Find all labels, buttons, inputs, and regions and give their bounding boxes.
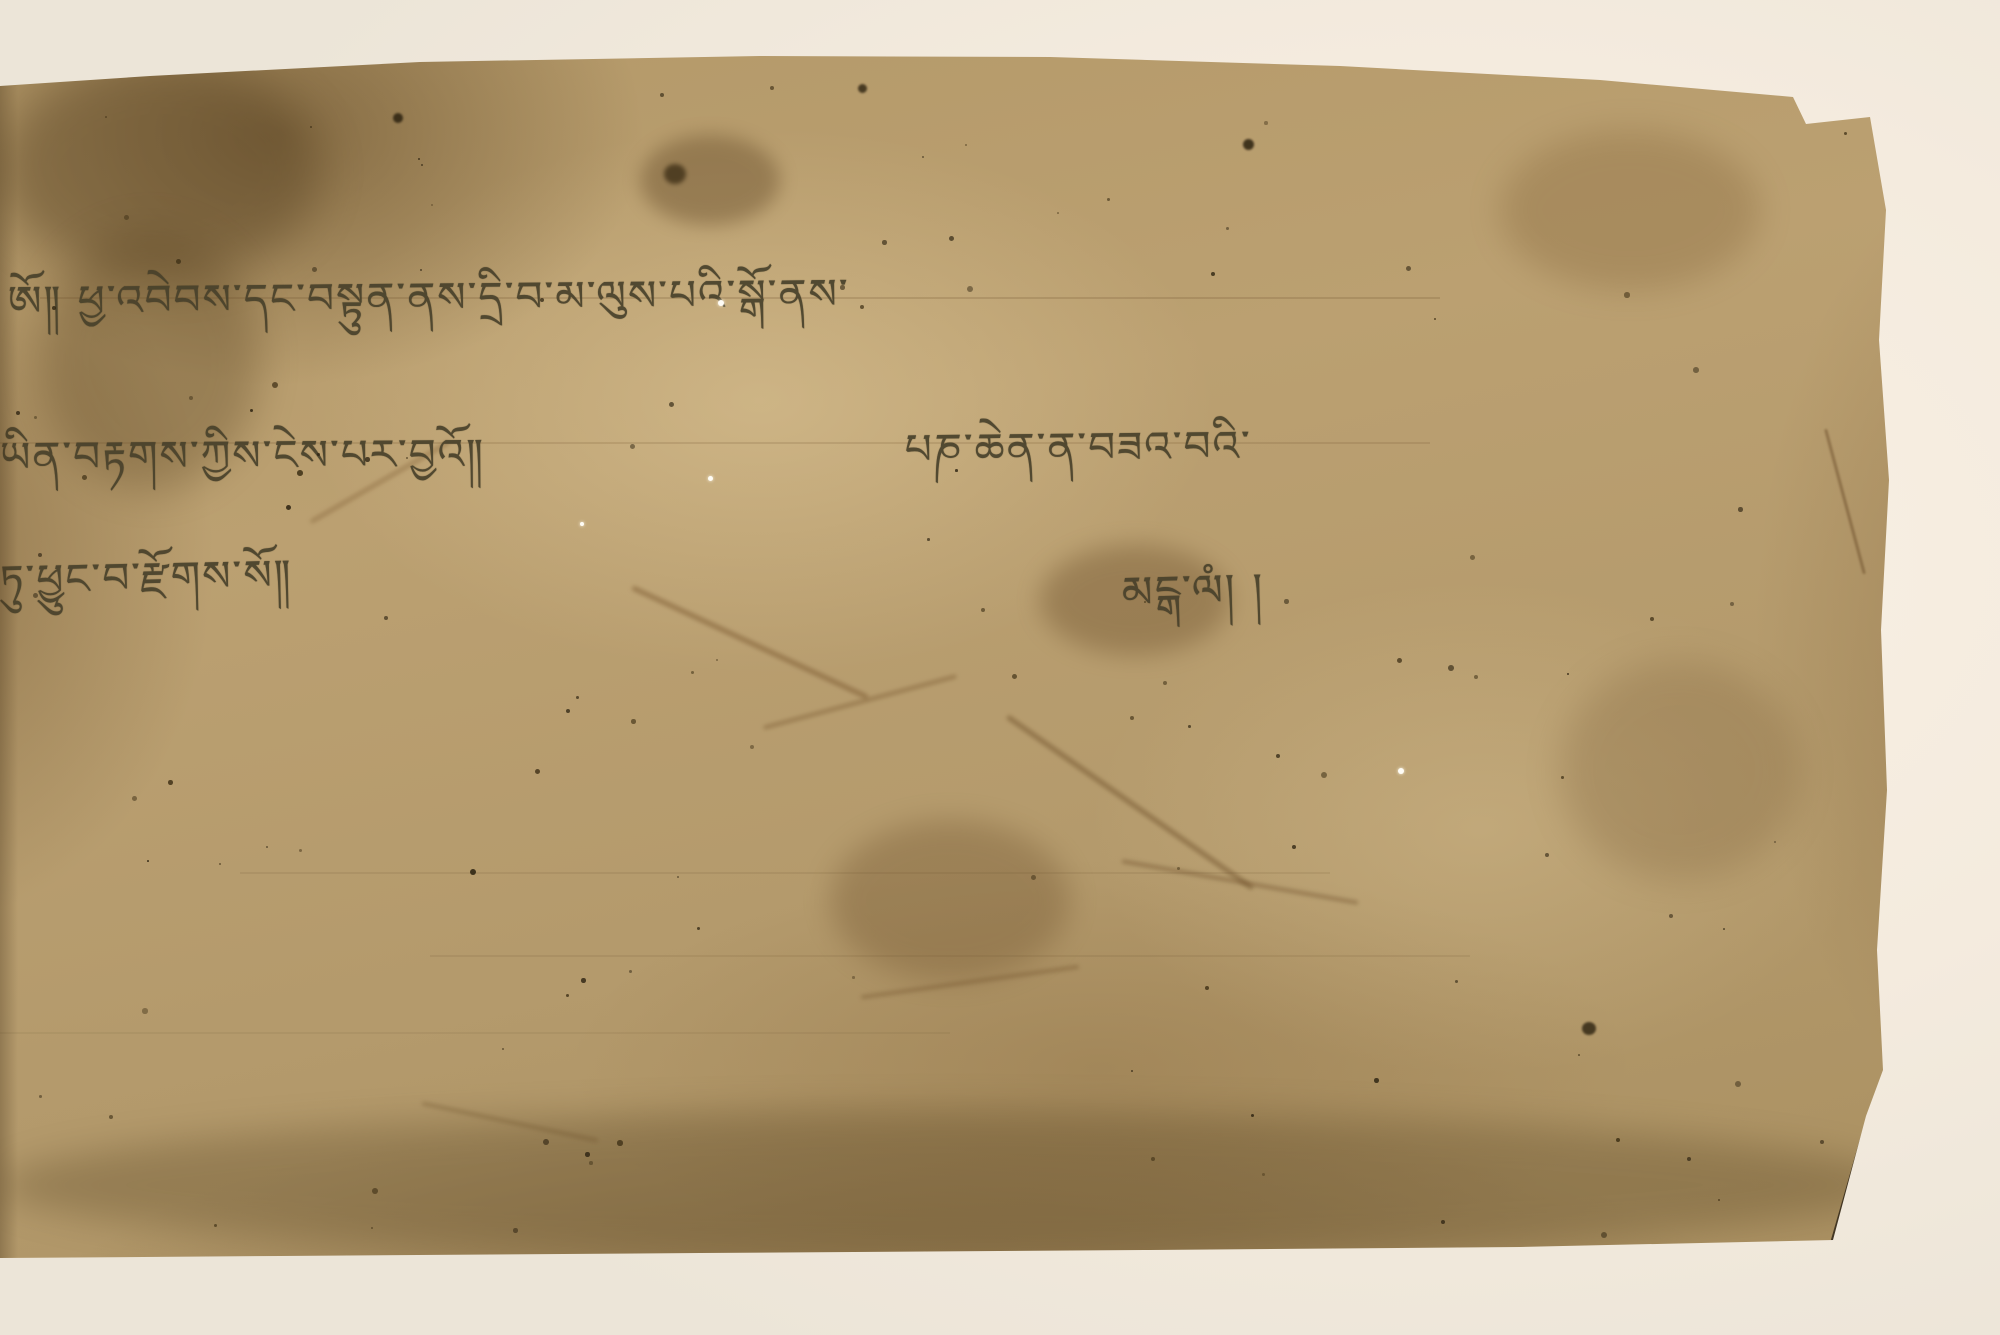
paper-edge-vignette [0,0,2000,1335]
fiber-streak [1908,802,1933,1041]
manuscript-page: ཨོ༎ ཕྱ་འབེབས་དང་བསྟུན་ནས་དྲི་བ་མ་ལུས་པའི… [0,0,2000,1335]
photograph-backdrop: ཨོ༎ ཕྱ་འབེབས་དང་བསྟུན་ནས་དྲི་བ་མ་ལུས་པའི… [0,0,2000,1335]
